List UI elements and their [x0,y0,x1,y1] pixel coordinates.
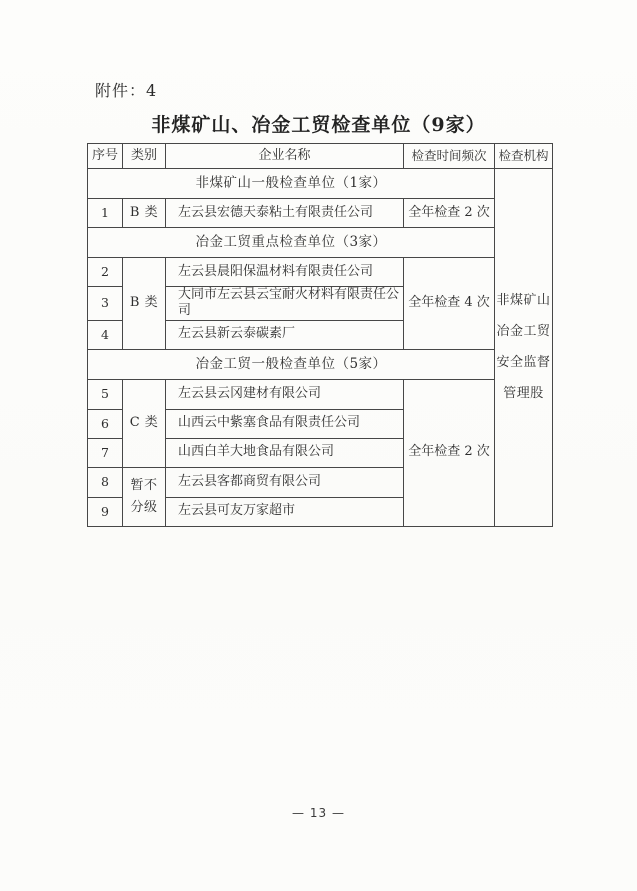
table-row: 5 C 类 左云县云冈建材有限公司 全年检查 2 次 [88,379,553,409]
col-header-no: 序号 [88,144,123,169]
col-header-frequency: 检查时间频次 [404,144,495,169]
category-line: 暂不 [123,475,165,497]
row-number-cell: 7 [88,438,123,467]
section-header-row: 冶金工贸一般检查单位（5家） [88,349,553,379]
frequency-cell: 全年检查 4 次 [404,258,495,350]
category-cell: 暂不 分级 [123,467,166,526]
frequency-cell: 全年检查 2 次 [404,199,495,228]
document-page: 附件：4 非煤矿山、冶金工贸检查单位（9家） 序号 类别 企业名称 检查时间频次… [0,0,637,891]
company-cell: 左云县客都商贸有限公司 [166,467,404,497]
page-title: 非煤矿山、冶金工贸检查单位（9家） [0,110,637,137]
inspection-units-table: 序号 类别 企业名称 检查时间频次 检查机构 非煤矿山一般检查单位（1家） 非煤… [87,143,553,527]
section-header-row: 冶金工贸重点检查单位（3家） [88,228,553,258]
company-cell: 左云县新云泰碳素厂 [166,320,404,349]
agency-line: 非煤矿山 [495,285,552,316]
company-cell: 大同市左云县云宝耐火材料有限责任公司 [166,287,404,321]
row-number-cell: 3 [88,287,123,321]
company-cell: 左云县可友万家超市 [166,497,404,526]
row-number-cell: 1 [88,199,123,228]
col-header-company: 企业名称 [166,144,404,169]
section-header-row: 非煤矿山一般检查单位（1家） 非煤矿山 冶金工贸 安全监督 管理股 [88,169,553,199]
attachment-label: 附件：4 [95,78,157,101]
section-title-metallurgy-general: 冶金工贸一般检查单位（5家） [88,349,495,379]
company-cell: 山西云中紫塞食品有限责任公司 [166,409,404,438]
company-cell: 左云县晨阳保温材料有限责任公司 [166,258,404,287]
agency-line: 管理股 [495,378,552,409]
agency-line: 安全监督 [495,347,552,378]
category-cell: B 类 [123,199,166,228]
row-number-cell: 4 [88,320,123,349]
category-cell: B 类 [123,258,166,350]
col-header-agency: 检查机构 [495,144,553,169]
section-title-metallurgy-key: 冶金工贸重点检查单位（3家） [88,228,495,258]
company-cell: 左云县宏德天泰粘土有限责任公司 [166,199,404,228]
row-number-cell: 5 [88,379,123,409]
company-cell: 山西白羊大地食品有限公司 [166,438,404,467]
category-cell: C 类 [123,379,166,467]
frequency-cell: 全年检查 2 次 [404,379,495,526]
agency-line: 冶金工贸 [495,316,552,347]
row-number-cell: 8 [88,467,123,497]
row-number-cell: 9 [88,497,123,526]
section-title-noncoal-general: 非煤矿山一般检查单位（1家） [88,169,495,199]
table-row: 2 B 类 左云县晨阳保温材料有限责任公司 全年检查 4 次 [88,258,553,287]
row-number-cell: 6 [88,409,123,438]
row-number-cell: 2 [88,258,123,287]
table-header-row: 序号 类别 企业名称 检查时间频次 检查机构 [88,144,553,169]
table-row: 1 B 类 左云县宏德天泰粘土有限责任公司 全年检查 2 次 [88,199,553,228]
category-line: 分级 [123,497,165,519]
company-cell: 左云县云冈建材有限公司 [166,379,404,409]
agency-cell: 非煤矿山 冶金工贸 安全监督 管理股 [495,169,553,527]
col-header-category: 类别 [123,144,166,169]
page-number-footer: — 13 — [0,806,637,820]
